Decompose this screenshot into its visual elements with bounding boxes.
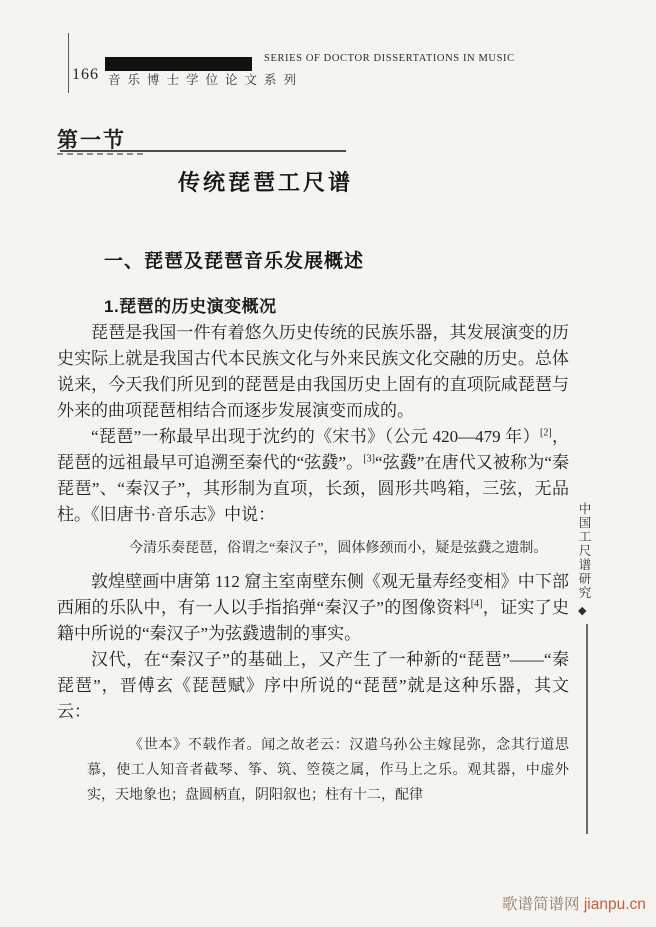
heading-overview: 一、琵琶及琵琶音乐发展概述 (104, 246, 364, 273)
paragraph-4: 汉代，在“秦汉子”的基础上，又产生了一种新的“琵琶”——“秦琵琶”，晋傅玄《琵琶… (57, 647, 569, 725)
block-quote-1: 今清乐奏琵琶，俗谓之“秦汉子”，圆体修颈而小，疑是弦鼗之遗制。 (87, 536, 569, 561)
page-number: 166 (72, 66, 99, 84)
watermark-site-name: 歌谱简谱网 (502, 896, 580, 913)
paragraph-3: 敦煌壁画中唐第 112 窟主室南壁东侧《观无量寿经变相》中下部西厢的乐队中，有一… (57, 569, 569, 647)
paragraph-2-text: “琵琶”一称最早出现于沈约的《宋书》（公元 420—479 年） (91, 427, 540, 446)
margin-note-vertical-text: 中国工尺谱研究 (575, 502, 593, 604)
footnote-ref-3: [3] (363, 453, 375, 464)
block-quote-2: 《世本》不载作者。闻之故老云：汉遣乌孙公主嫁昆弥，念其行道思慕，使工人知音者截琴… (87, 733, 569, 808)
margin-vertical-line (586, 624, 588, 834)
body-content: 琵琶是我国一件有着悠久历史传统的民族乐器，其发展演变的历史实际上就是我国古代本民… (57, 320, 569, 816)
margin-tick-line (68, 33, 69, 93)
series-title-english: SERIES OF DOCTOR DISSERTATIONS IN MUSIC (264, 53, 515, 64)
footnote-ref-2: [2] (540, 427, 552, 438)
diamond-icon: ◆ (578, 604, 586, 617)
paragraph-2: “琵琶”一称最早出现于沈约的《宋书》（公元 420—479 年）[2]，琵琶的远… (57, 424, 569, 528)
series-title-chinese: 音乐博士学位论文系列 (108, 70, 303, 88)
watermark-site-url: jianpu.cn (584, 896, 646, 913)
header-black-bar (105, 57, 252, 71)
heading-history: 1.琵琶的历史演变概况 (104, 292, 277, 317)
footnote-ref-4: [4] (471, 598, 483, 609)
paragraph-4-text: 汉代，在“秦汉子”的基础上，又产生了一种新的“琵琶”——“秦琵琶”，晋傅玄《琵琶… (57, 650, 569, 721)
book-page: SERIES OF DOCTOR DISSERTATIONS IN MUSIC … (0, 0, 656, 927)
paragraph-1: 琵琶是我国一件有着悠久历史传统的民族乐器，其发展演变的历史实际上就是我国古代本民… (57, 320, 569, 424)
chapter-title: 传统琵琶工尺谱 (178, 166, 353, 197)
watermark: 歌谱简谱网 jianpu.cn (502, 892, 646, 914)
section-rule-dashed (57, 153, 143, 155)
paragraph-1-text: 琵琶是我国一件有着悠久历史传统的民族乐器，其发展演变的历史实际上就是我国古代本民… (57, 323, 569, 420)
section-rule-solid (60, 150, 346, 152)
